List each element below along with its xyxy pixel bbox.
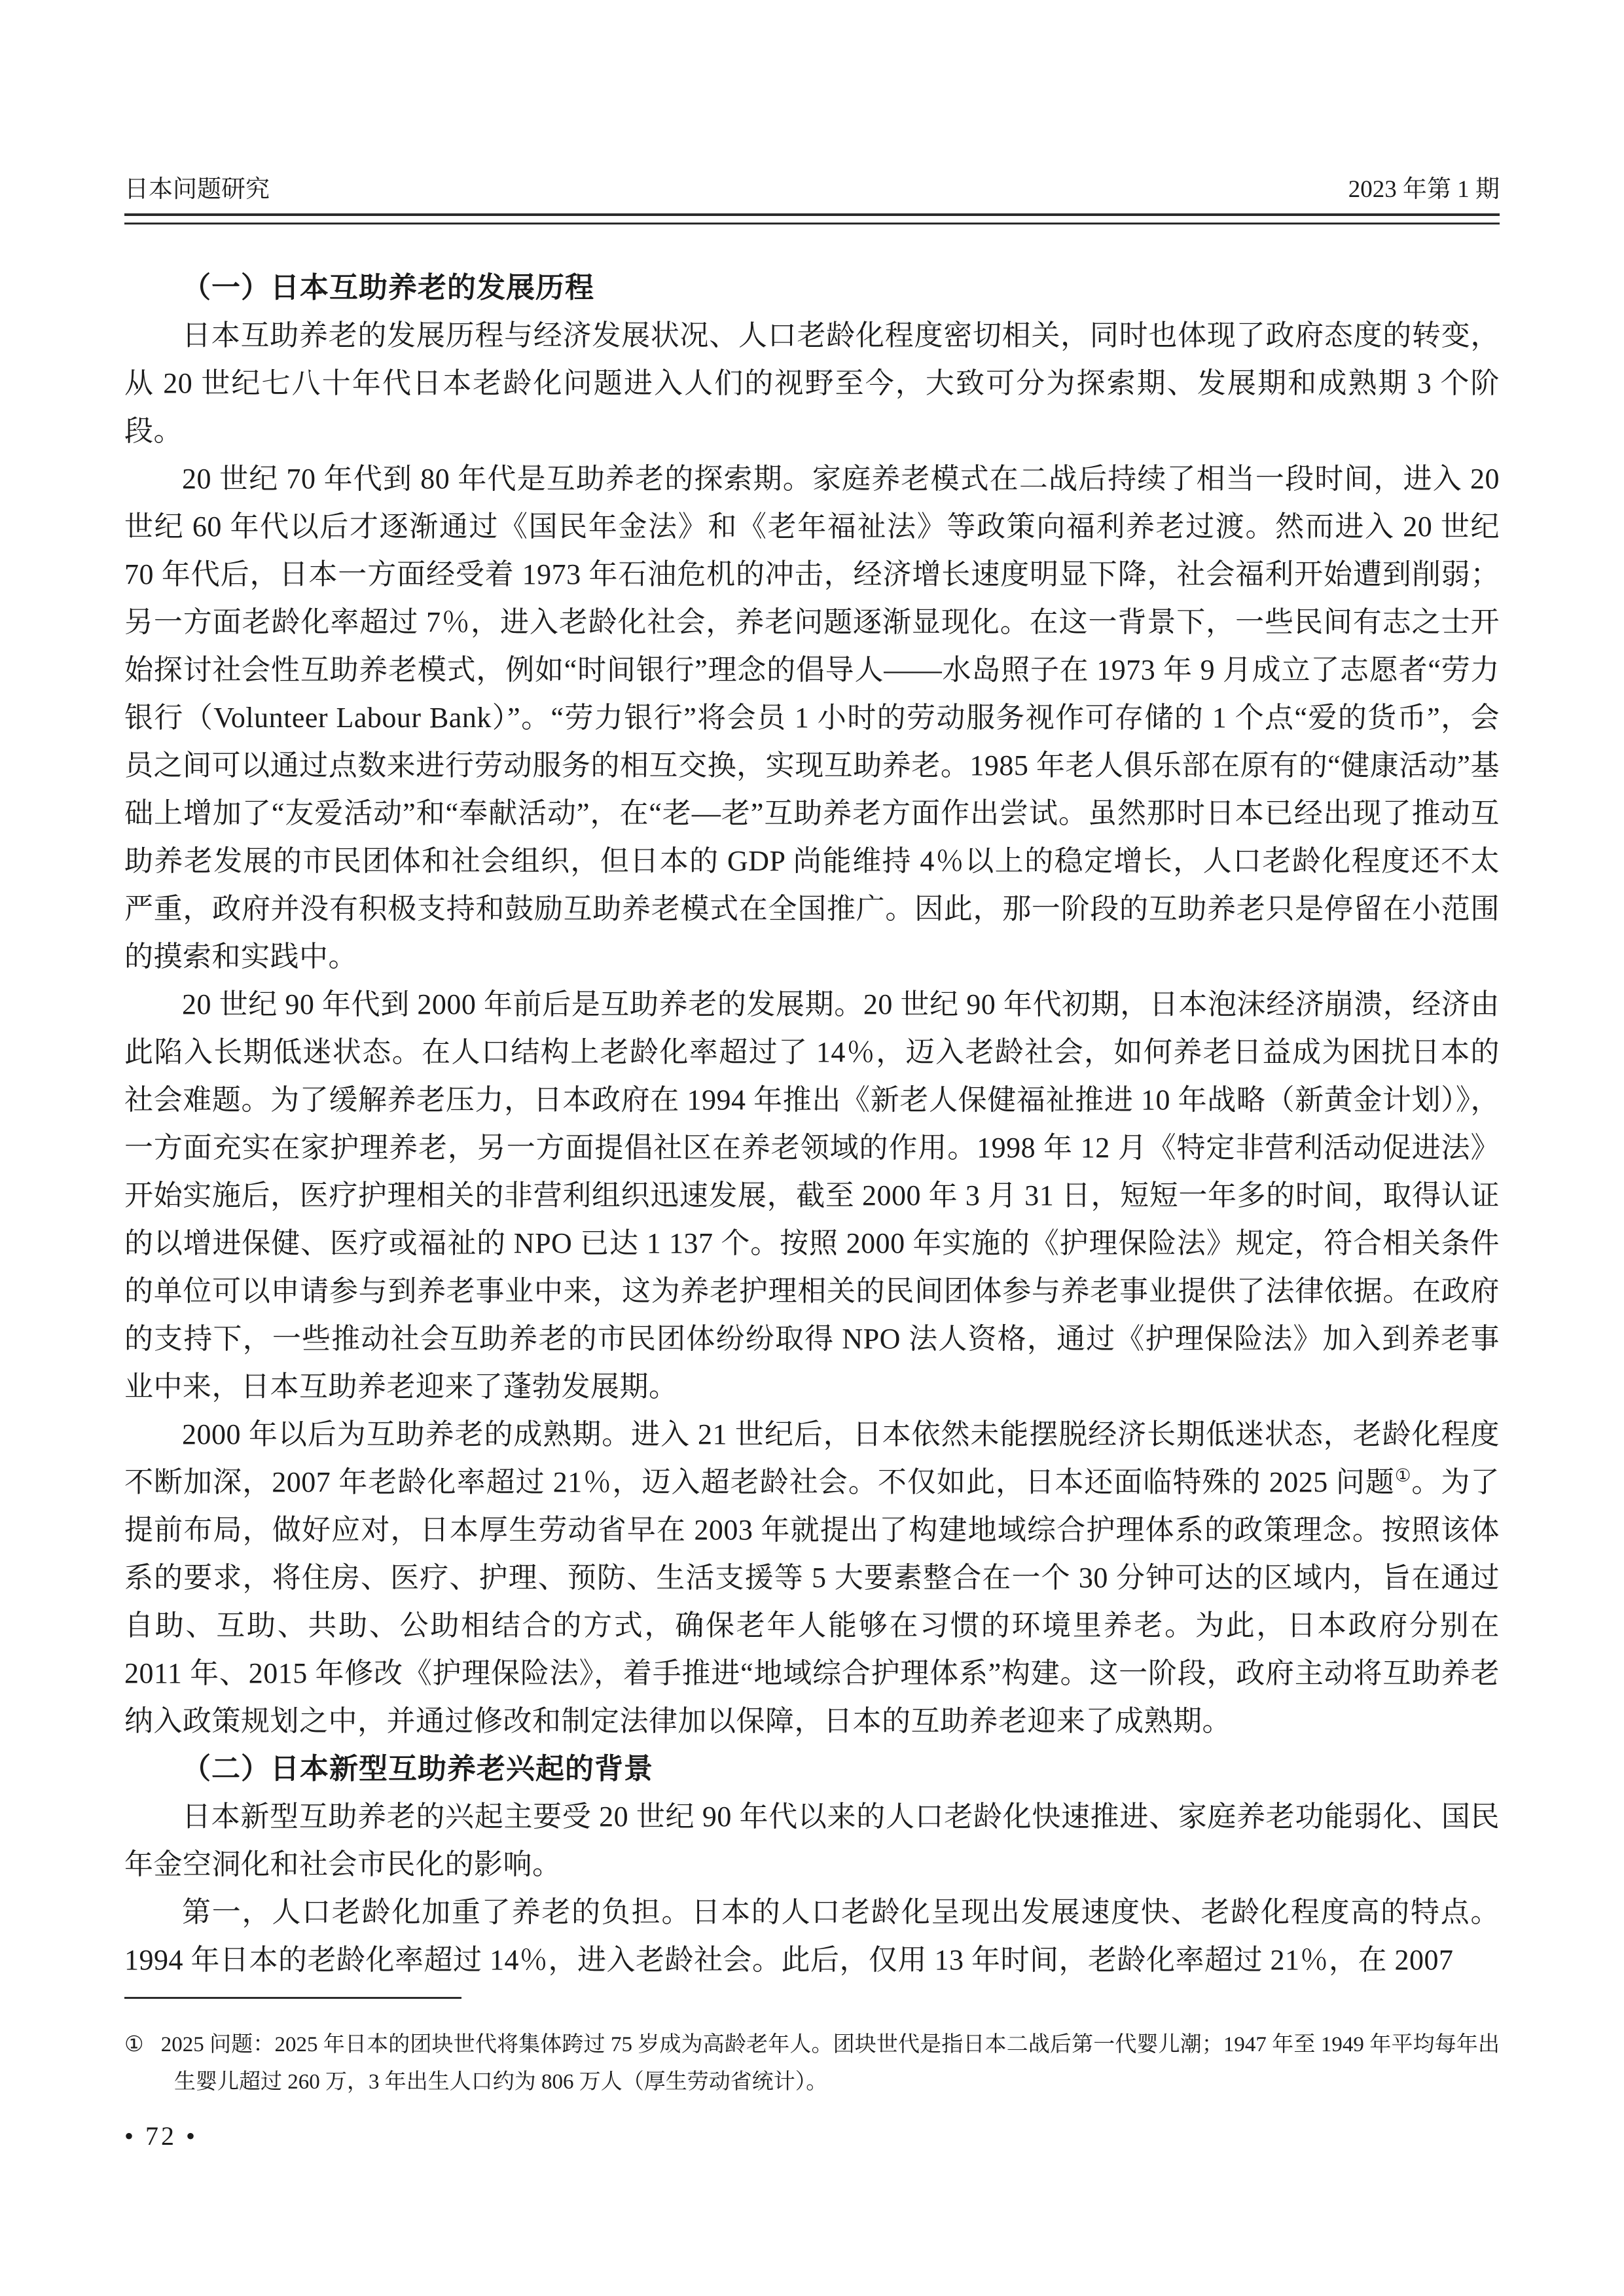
document-page: 日本问题研究 2023 年第 1 期 （一）日本互助养老的发展历程 日本互助养老… — [0, 0, 1624, 2296]
header-double-rule — [124, 213, 1500, 224]
page-header: 日本问题研究 2023 年第 1 期 — [124, 175, 1500, 204]
footnote: ①2025 问题：2025 年日本的团块世代将集体跨过 75 岁成为高龄老年人。… — [124, 2026, 1500, 2101]
paragraph-maturity-period: 2000 年以后为互助养老的成熟期。进入 21 世纪后，日本依然未能摆脱经济长期… — [124, 1410, 1500, 1745]
footnote-reference-mark: ① — [1395, 1465, 1412, 1485]
paragraph-maturity-pre: 2000 年以后为互助养老的成熟期。进入 21 世纪后，日本依然未能摆脱经济长期… — [124, 1418, 1500, 1498]
footnote-separator-rule — [124, 1997, 461, 1999]
page-number: • 72 • — [124, 2121, 1500, 2151]
section-heading-one: （一）日本互助养老的发展历程 — [124, 264, 1500, 312]
paragraph-background-overview: 日本新型互助养老的兴起主要受 20 世纪 90 年代以来的人口老龄化快速推进、家… — [124, 1793, 1500, 1888]
paragraph-development-period: 20 世纪 90 年代到 2000 年前后是互助养老的发展期。20 世纪 90 … — [124, 980, 1500, 1410]
journal-title: 日本问题研究 — [124, 175, 270, 204]
issue-label: 2023 年第 1 期 — [1348, 175, 1500, 204]
article-body: （一）日本互助养老的发展历程 日本互助养老的发展历程与经济发展状况、人口老龄化程… — [124, 264, 1500, 1984]
paragraph-development-overview: 日本互助养老的发展历程与经济发展状况、人口老龄化程度密切相关，同时也体现了政府态… — [124, 312, 1500, 455]
footnote-marker: ① — [124, 2033, 144, 2056]
paragraph-maturity-post: 。为了提前布局，做好应对，日本厚生劳动省早在 2003 年就提出了构建地域综合护… — [124, 1466, 1500, 1737]
paragraph-exploration-period: 20 世纪 70 年代到 80 年代是互助养老的探索期。家庭养老模式在二战后持续… — [124, 455, 1500, 980]
section-heading-two: （二）日本新型互助养老兴起的背景 — [124, 1745, 1500, 1793]
paragraph-aging-burden: 第一，人口老龄化加重了养老的负担。日本的人口老龄化呈现出发展速度快、老龄化程度高… — [124, 1888, 1500, 1984]
footnote-text: 2025 问题：2025 年日本的团块世代将集体跨过 75 岁成为高龄老年人。团… — [161, 2033, 1500, 2094]
